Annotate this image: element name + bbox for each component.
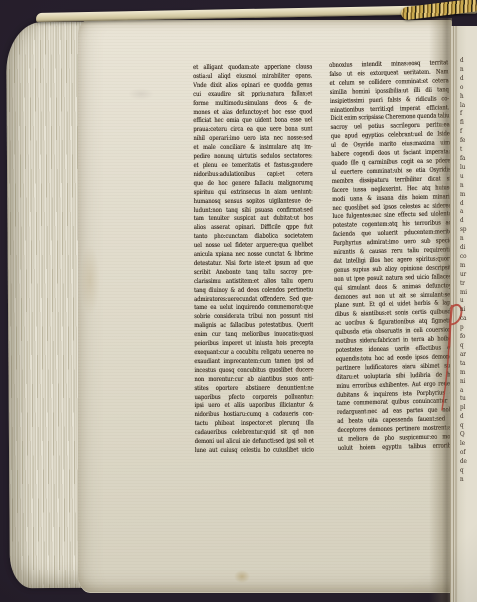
text-line: ni [460, 306, 476, 315]
text-line: a [460, 387, 476, 396]
text-line: forme multimodu:simulans deos & de- [193, 99, 312, 108]
text-line: t [460, 146, 476, 155]
text-line: tr [460, 280, 476, 289]
text-line: fa [460, 155, 476, 164]
book-photograph: et alligant quodam:ate apperiane clausao… [0, 0, 477, 602]
text-line: mi [460, 289, 476, 298]
text-line: d [460, 75, 476, 84]
text-line: humanosq sensus sopitos uigilantesue de- [194, 197, 313, 206]
text-line: incestus quosq concubitus quoslibet duce… [194, 366, 313, 375]
text-line: ta [460, 360, 476, 369]
text-line: m [460, 262, 476, 271]
text-line: n [460, 476, 476, 485]
text-line: fo [460, 333, 476, 342]
text-line: spirituu qui extrinsecus in aiam ueniunt… [194, 188, 313, 197]
text-line: a [460, 208, 476, 217]
text-line: Q [460, 431, 476, 440]
text-line: sp [460, 226, 476, 235]
text-line: de [460, 458, 476, 467]
text-line: ar [460, 351, 476, 360]
text-line: q [460, 467, 476, 476]
text-line: fe [460, 137, 476, 146]
text-line: q [460, 422, 476, 431]
text-line: et plenu ee temeritatis et fastus:gauder… [193, 161, 312, 170]
text-line: d [460, 413, 476, 422]
text-line: of [460, 449, 476, 458]
text-line: exaudiant imprecantem:cum tamen ipsi ad [194, 357, 313, 366]
next-page-text-fragments: dndohlaffiffetfaluunmdadspndicomurtrmiun… [460, 57, 476, 485]
text-line: lune aut cuiusq celestiu ho cuiuslibet u… [195, 446, 314, 455]
text-line: p [460, 324, 476, 333]
text-line: cui exaudire sit ppriu:natura fallax:et [193, 90, 312, 99]
text-column-left: et alligant quodam:ate apperiane clausao… [193, 63, 314, 455]
text-line: ostia:ul aliqd eiusmoi mirabiliter opans… [193, 72, 312, 81]
text-line: et alligant quodam:ate apperiane clausa [193, 63, 312, 72]
text-line: co [460, 253, 476, 262]
text-line: d [460, 200, 476, 209]
text-line: stites oportere abstinere denuntient:ne [194, 384, 313, 393]
text-line: o [460, 84, 476, 93]
text-line: n [460, 235, 476, 244]
text-line: tu [460, 395, 476, 404]
text-line: di [460, 244, 476, 253]
text-line: tanq diuinoy & ad deos colendos pertinet… [194, 286, 313, 295]
text-line: nidoribus:adulationibus capi:et cetera [193, 170, 312, 179]
text-line: la [460, 102, 476, 111]
text-line: n [460, 182, 476, 191]
text-line: d [460, 217, 476, 226]
text-line: n [460, 66, 476, 75]
text-line: ni [460, 378, 476, 387]
text-line: ur [460, 271, 476, 280]
text-line: ca [460, 315, 476, 324]
text-line: m [460, 369, 476, 378]
text-line: que de hoc genere fallaciu malignorumq [194, 179, 313, 188]
text-line: le [460, 440, 476, 449]
text-line: fi [460, 119, 476, 128]
text-line: scribit Anebonte tanq taliu sacroy pre- [194, 268, 313, 277]
text-line: u [460, 173, 476, 182]
text-line: detestatur. Nisi forte iste:et ipsum ad … [194, 259, 313, 268]
text-line: d [460, 57, 476, 66]
text-line: u [460, 297, 476, 306]
text-line: non morentur:cur ab aiantibus suos anti- [194, 375, 313, 384]
text-line: m [460, 191, 476, 200]
text-line: anicula xpiana nec nosse cunctat & libri… [194, 251, 313, 260]
text-line: clarissimu antistitem:et alios taliu ope… [194, 277, 313, 286]
text-line: lu [460, 164, 476, 173]
text-line: f [460, 128, 476, 137]
text-line: exequant:cur a cocubitu religatu uenerea… [194, 348, 313, 357]
text-line: h [460, 93, 476, 102]
text-line: pl [460, 404, 476, 413]
text-line: f [460, 110, 476, 119]
text-line: Vnde dixit alios opinari ee quodda genus [193, 81, 312, 90]
text-line: q [460, 342, 476, 351]
left-page-edges [6, 22, 89, 589]
